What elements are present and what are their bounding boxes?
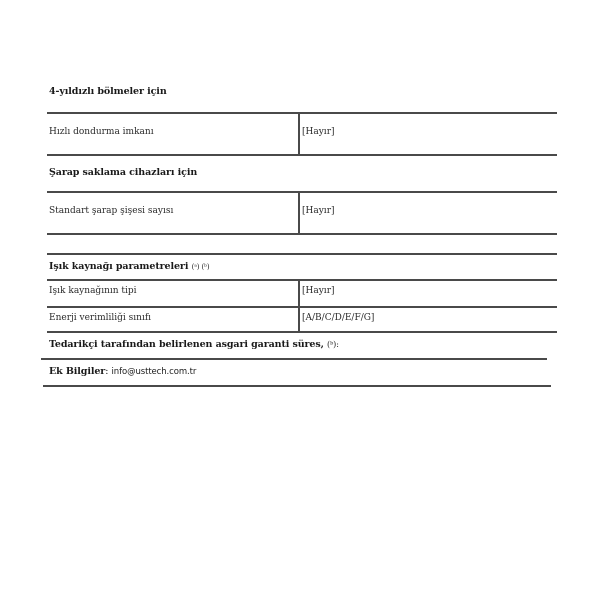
light-heading-notes: (ᵃ) (ᵇ) [192, 263, 210, 271]
row-value-light-type: [Hayır] [302, 286, 335, 296]
section-heading-wine: Şarap saklama cihazları için [49, 167, 197, 178]
column-divider [298, 191, 300, 233]
section-heading-four-star: 4-yıldızlı bölmeler için [49, 86, 167, 97]
column-divider [298, 112, 300, 154]
table-border-top [47, 112, 557, 114]
row-label-energy-class: Enerji verimliliği sınıfı [49, 313, 151, 323]
row-value-fast-freeze: [Hayır] [302, 127, 335, 137]
section-heading-light: Işık kaynağı parametreleri (ᵃ) (ᵇ) [49, 261, 210, 272]
table-border [47, 306, 557, 308]
table-border [47, 331, 557, 333]
table-border [47, 154, 557, 156]
row-label-light-type: Işık kaynağının tipi [49, 286, 137, 296]
extra-info-separator: : [105, 366, 108, 377]
table-border [47, 253, 557, 255]
table-border [47, 279, 557, 281]
row-label-fast-freeze: Hızlı dondurma imkanı [49, 127, 154, 137]
separator-line [41, 358, 547, 360]
light-heading-text: Işık kaynağı parametreleri [49, 261, 188, 272]
warranty-note: (ᵇ): [327, 340, 339, 349]
separator-line [43, 385, 551, 387]
row-label-wine-bottles: Standart şarap şişesi sayısı [49, 206, 173, 216]
column-divider [298, 279, 300, 331]
warranty-label: Tedarikçi tarafından belirlenen asgari g… [49, 339, 339, 350]
extra-info: Ek Bilgiler: info@usttech.com.tr [49, 366, 196, 377]
contact-email: info@usttech.com.tr [112, 367, 197, 377]
row-value-energy-class: [A/B/C/D/E/F/G] [302, 313, 374, 323]
extra-info-label: Ek Bilgiler [49, 366, 105, 377]
warranty-text: Tedarikçi tarafından belirlenen asgari g… [49, 339, 324, 350]
table-border [47, 233, 557, 235]
row-value-wine-bottles: [Hayır] [302, 206, 335, 216]
table-border [47, 191, 557, 193]
